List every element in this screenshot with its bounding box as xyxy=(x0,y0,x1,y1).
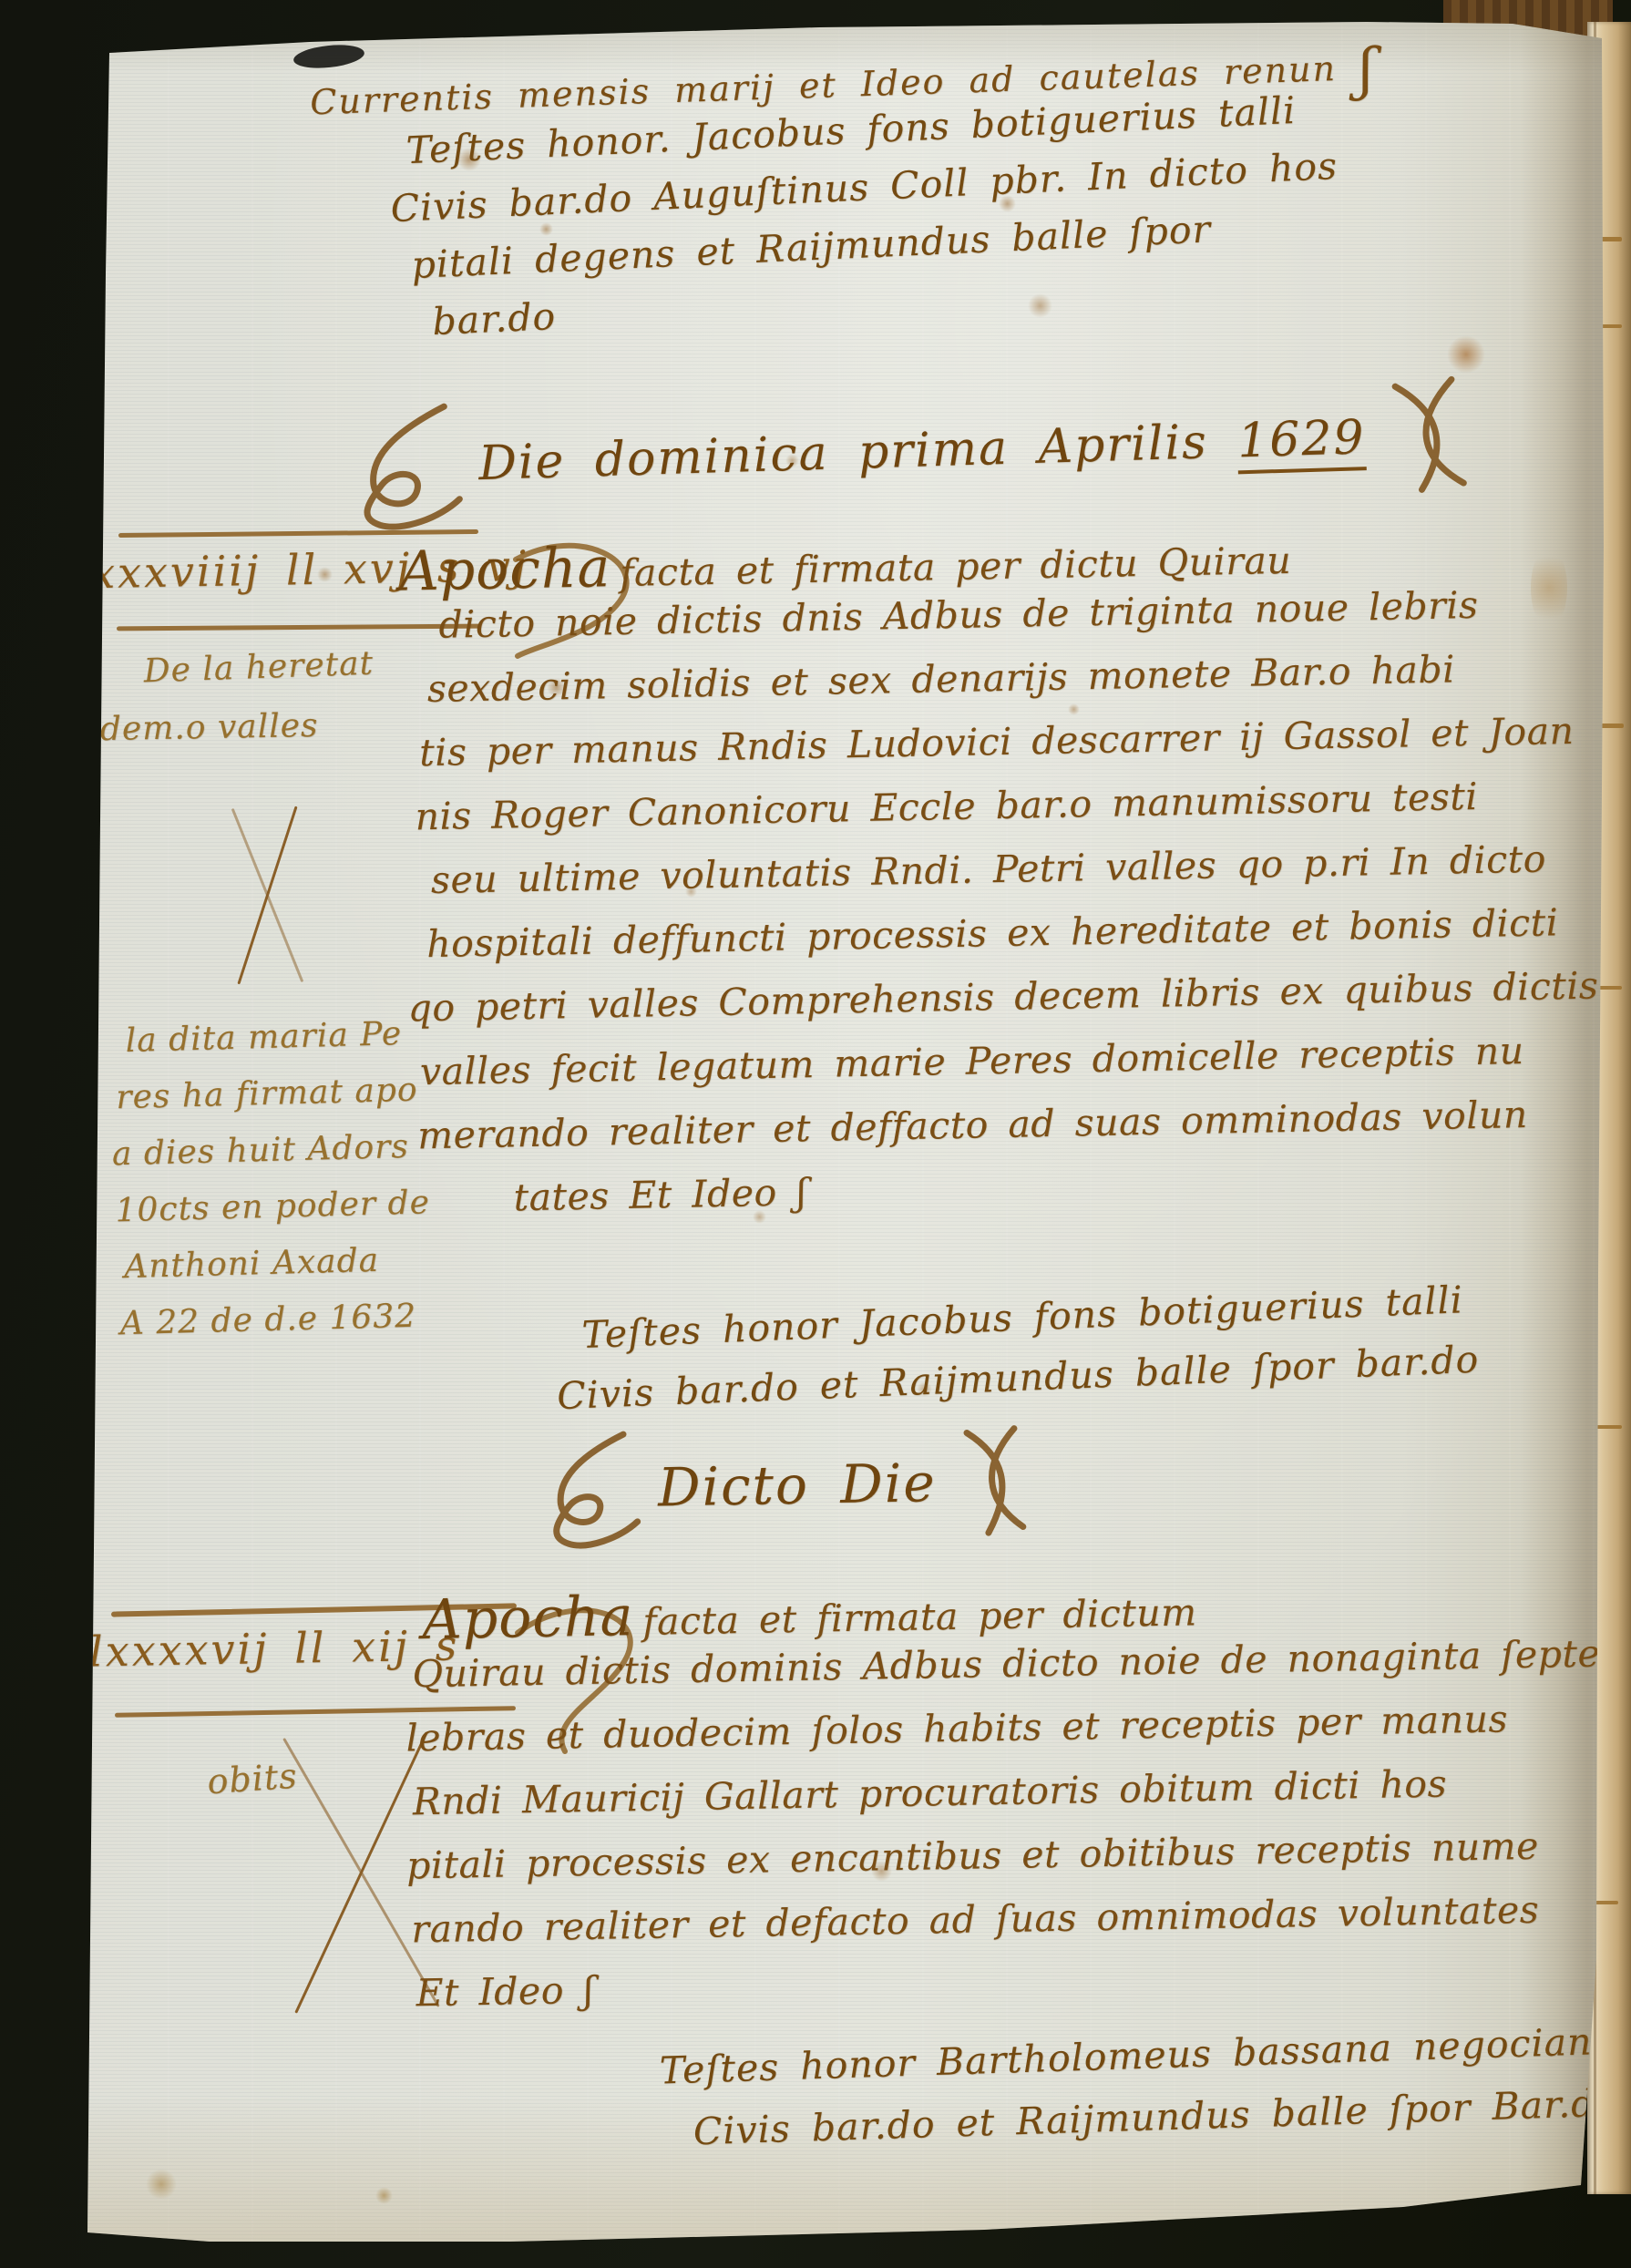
margin-rule xyxy=(118,529,478,538)
date-heading: Die dominica prima Aprilis 1629 xyxy=(477,410,1366,491)
manuscript-photo: Currentis mensis marij et Ideo ad cautel… xyxy=(0,0,1631,2268)
margin-cross-mark xyxy=(219,802,319,989)
entry-line-rest: facta et firmata per dictu Quirau xyxy=(620,539,1292,595)
margin-note-line: a dies huit Adors xyxy=(111,1127,429,1192)
margin-note-line: A 22 de d.e 1632 xyxy=(119,1297,434,1361)
date-year: 1629 xyxy=(1236,410,1366,474)
date-text: Die dominica prima Aprilis xyxy=(477,415,1208,491)
flourish-right-icon xyxy=(955,1424,1030,1539)
margin-note-line: Anthoni Axada xyxy=(124,1240,433,1305)
witness-block-mid: Teſtes honor Jacobus fons botiguerius ta… xyxy=(554,1278,1481,1435)
entry-lead-word: Apocha xyxy=(399,536,611,603)
flourish-right-icon xyxy=(1382,375,1472,497)
witness-block-top: Teſtes honor. Jacobus fons botiguerius t… xyxy=(405,87,1345,358)
foxing-spot xyxy=(375,2187,393,2204)
dicto-die-heading: Dicto Die xyxy=(657,1452,937,1518)
margin-heretat-line: De la heretat xyxy=(143,645,374,710)
dicto-die-heading-block: Dicto Die xyxy=(541,1421,1031,1548)
bleedthrough-ink-dash xyxy=(1595,1901,1618,1904)
entry-lead-word: Apocha xyxy=(422,1585,634,1652)
header-paraph: ʃ xyxy=(1358,36,1375,103)
margin-note-block: la dita maria Pe res ha firmat apo a die… xyxy=(97,1014,434,1361)
bleedthrough-ink-dash xyxy=(1596,1425,1622,1429)
entry-line-rest: facta et firmata per dictum xyxy=(642,1590,1197,1644)
manuscript-page: Currentis mensis marij et Ideo ad cautel… xyxy=(0,0,1631,2268)
entry-2-paragraph: Apochafacta et firmata per dictum Quirau… xyxy=(402,1568,1606,2036)
date-heading-block: Die dominica prima Aprilis 1629 xyxy=(349,371,1472,531)
margin-note-line: la dita maria Pe xyxy=(125,1014,426,1079)
flourish-left-icon xyxy=(349,401,462,531)
flourish-left-icon xyxy=(541,1429,639,1549)
margin-note-line: res ha firmat apo xyxy=(116,1071,428,1135)
foxing-spot xyxy=(146,2169,177,2200)
margin-heretat-line: dem.o valles xyxy=(99,707,319,767)
entry-1-paragraph: Apochafacta et firmata per dictu Quirau … xyxy=(399,518,1604,1242)
margin-note-line: 10cts en poder de xyxy=(115,1184,431,1248)
foxing-spot xyxy=(1447,335,1485,374)
